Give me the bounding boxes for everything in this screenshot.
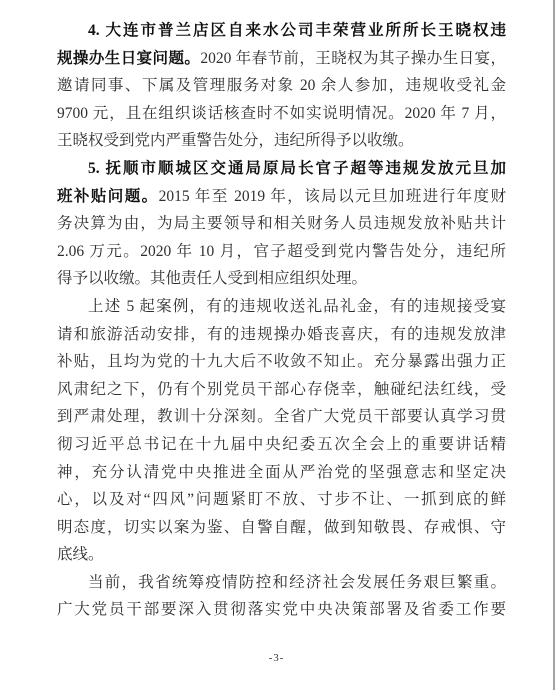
text-line: 班补贴问题。2015 年至 2019 年，该局以元旦加班进行年度财 xyxy=(57,183,506,211)
body-text-segment: 神，充分认清党中央推进全面从严治党的坚强意志和坚定决 xyxy=(57,464,506,481)
paragraph-2: 5. 抚顺市顺城区交通局原局长官子超等违规发放元旦加班补贴问题。2015 年至 … xyxy=(57,155,506,293)
text-line: 上述 5 起案例，有的违规收送礼品礼金，有的违规接受宴 xyxy=(57,293,506,321)
text-line: 务决算为由，为局主要领导和相关财务人员违规发放补贴共计 xyxy=(57,210,506,238)
body-text-segment: 彻习近平总书记在十九届中央纪委五次全会上的重要讲话精 xyxy=(57,436,506,453)
scan-edge-line xyxy=(553,0,555,690)
text-line: 9700 元，且在组织谈话核查时不如实说明情况。2020 年 7 月， xyxy=(57,100,506,128)
text-line: 补贴，且均为党的十九大后不收敛不知止。充分暴露出强力正 xyxy=(57,348,506,376)
text-line: 广大党员干部要深入贯彻落实党中央决策部署及省委工作要 xyxy=(57,596,506,624)
text-line: 明态度，切实以案为鉴、自警自醒，做到知敬畏、存戒惧、守 xyxy=(57,514,506,542)
body-text-segment: 2020 年春节前，王晓权为其子操办生日宴， xyxy=(200,50,506,67)
text-line: 王晓权受到党内严重警告处分，违纪所得予以收缴。 xyxy=(57,127,506,155)
body-text-segment: 邀请同事、下属及管理服务对象 20 余人参加，违规收受礼金 xyxy=(57,77,506,94)
body-text-segment: 底线。 xyxy=(57,546,104,563)
text-line: 规操办生日宴问题。2020 年春节前，王晓权为其子操办生日宴， xyxy=(57,45,506,73)
page-number: -3- xyxy=(0,652,553,664)
paragraph-1: 4. 大连市普兰店区自来水公司丰荣营业所所长王晓权违规操办生日宴问题。2020 … xyxy=(57,17,506,155)
text-line: 当前，我省统筹疫情防控和经济社会发展任务艰巨繁重。 xyxy=(57,569,506,597)
document-body: 4. 大连市普兰店区自来水公司丰荣营业所所长王晓权违规操办生日宴问题。2020 … xyxy=(57,17,506,624)
document-page: 4. 大连市普兰店区自来水公司丰荣营业所所长王晓权违规操办生日宴问题。2020 … xyxy=(0,0,557,690)
body-text-segment: 广大党员干部要深入贯彻落实党中央决策部署及省委工作要 xyxy=(57,601,506,618)
body-text-segment: 心，以及对“四风”问题紧盯不放、寸步不让、一抓到底的鲜 xyxy=(57,491,506,508)
text-line: 风肃纪之下，仍有个别党员干部心存侥幸，触碰纪法红线，受 xyxy=(57,376,506,404)
paragraph-4: 当前，我省统筹疫情防控和经济社会发展任务艰巨繁重。广大党员干部要深入贯彻落实党中… xyxy=(57,569,506,624)
heading-text-segment: 5. 抚顺市顺城区交通局原局长官子超等违规发放元旦加 xyxy=(88,160,506,177)
body-text-segment: 风肃纪之下，仍有个别党员干部心存侥幸，触碰纪法红线，受 xyxy=(57,381,506,398)
body-text-segment: 当前，我省统筹疫情防控和经济社会发展任务艰巨繁重。 xyxy=(88,574,506,591)
body-text-segment: 补贴，且均为党的十九大后不收敛不知止。充分暴露出强力正 xyxy=(57,353,506,370)
text-line: 邀请同事、下属及管理服务对象 20 余人参加，违规收受礼金 xyxy=(57,72,506,100)
body-text-segment: 2.06 万元。2020 年 10 月，官子超受到党内警告处分，违纪所 xyxy=(57,243,506,260)
body-text-segment: 到严肃处理，教训十分深刻。全省广大党员干部要认真学习贯 xyxy=(57,408,506,425)
text-line: 请和旅游活动安排，有的违规操办婚丧喜庆，有的违规发放津 xyxy=(57,321,506,349)
body-text-segment: 上述 5 起案例，有的违规收送礼品礼金，有的违规接受宴 xyxy=(88,298,506,315)
body-text-segment: 2015 年至 2019 年，该局以元旦加班进行年度财 xyxy=(159,188,506,205)
body-text-segment: 明态度，切实以案为鉴、自警自醒，做到知敬畏、存戒惧、守 xyxy=(57,519,506,536)
body-text-segment: 务决算为由，为局主要领导和相关财务人员违规发放补贴共计 xyxy=(57,215,506,232)
heading-text-segment: 班补贴问题。 xyxy=(57,188,159,205)
text-line: 4. 大连市普兰店区自来水公司丰荣营业所所长王晓权违 xyxy=(57,17,506,45)
text-line: 2.06 万元。2020 年 10 月，官子超受到党内警告处分，违纪所 xyxy=(57,238,506,266)
text-line: 底线。 xyxy=(57,541,506,569)
heading-text-segment: 规操办生日宴问题。 xyxy=(57,50,200,67)
text-line: 5. 抚顺市顺城区交通局原局长官子超等违规发放元旦加 xyxy=(57,155,506,183)
paragraph-3: 上述 5 起案例，有的违规收送礼品礼金，有的违规接受宴请和旅游活动安排，有的违规… xyxy=(57,293,506,569)
body-text-segment: 王晓权受到党内严重警告处分，违纪所得予以收缴。 xyxy=(57,132,414,149)
text-line: 彻习近平总书记在十九届中央纪委五次全会上的重要讲话精 xyxy=(57,431,506,459)
text-line: 心，以及对“四风”问题紧盯不放、寸步不让、一抓到底的鲜 xyxy=(57,486,506,514)
body-text-segment: 得予以收缴。其他责任人受到相应组织处理。 xyxy=(57,270,367,287)
body-text-segment: 9700 元，且在组织谈话核查时不如实说明情况。2020 年 7 月， xyxy=(57,105,506,122)
text-line: 到严肃处理，教训十分深刻。全省广大党员干部要认真学习贯 xyxy=(57,403,506,431)
body-text-segment: 请和旅游活动安排，有的违规操办婚丧喜庆，有的违规发放津 xyxy=(57,326,506,343)
heading-text-segment: 4. 大连市普兰店区自来水公司丰荣营业所所长王晓权违 xyxy=(88,22,506,39)
text-line: 得予以收缴。其他责任人受到相应组织处理。 xyxy=(57,265,506,293)
text-line: 神，充分认清党中央推进全面从严治党的坚强意志和坚定决 xyxy=(57,459,506,487)
